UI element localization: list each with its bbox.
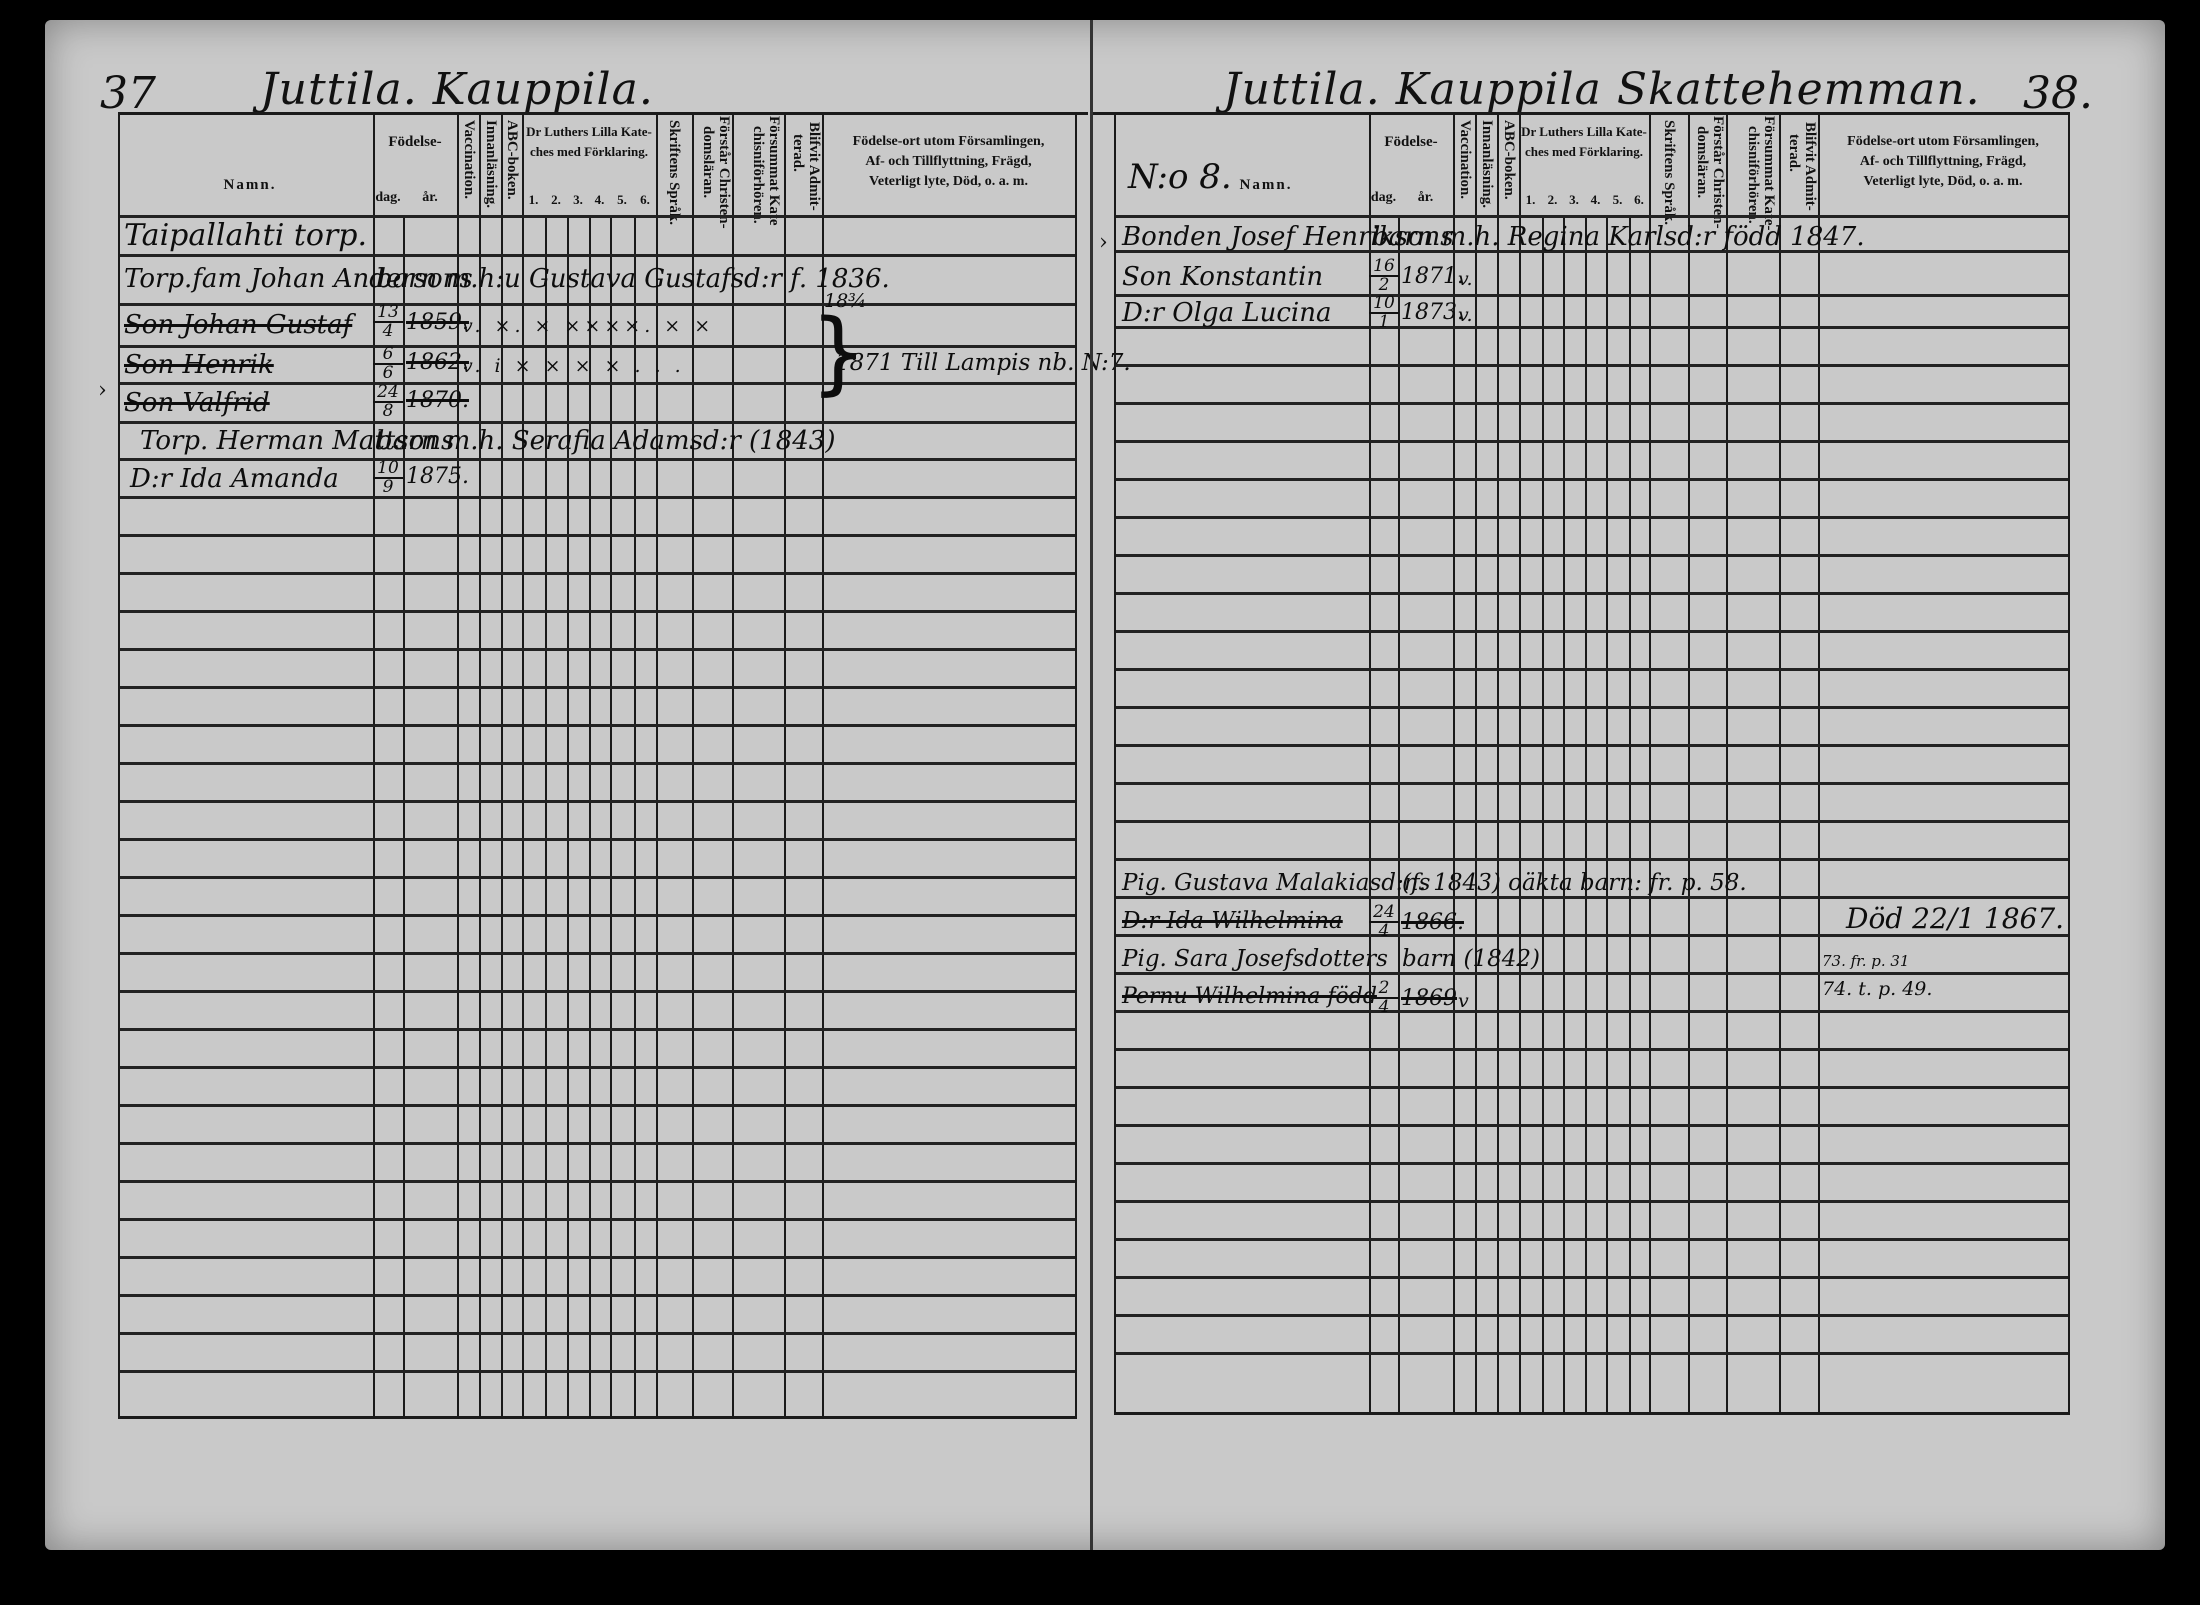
header-remarks-1: Födelse-ort utom Församlingen, [822,134,1075,150]
header-admitted-2: terad. [790,134,805,172]
col-divider [1398,215,1400,1412]
header-abc: ABC-boken. [1501,120,1516,200]
col-divider [1649,112,1651,1412]
header-admitted-1: Blifvit Admit- [1802,122,1817,211]
header-scripture: Skriftens Språk. [666,120,681,225]
header-catechism-1: Dr Luthers Lilla Kate- [1519,124,1649,140]
birth-year: 1866. [1401,910,1464,935]
entry-name: D:r Ida Amanda [130,464,339,494]
header-catechism-2: ches med Förklaring. [1519,144,1649,160]
section-heading: Taipallahti torp. [124,218,367,253]
entry-name: Son Henrik [124,350,274,380]
col-divider [589,215,591,1416]
header-missed-2: chisniförhören. [750,126,765,224]
progress-marks: v. i × × × × . . . [462,355,685,377]
col-divider [1585,215,1587,1412]
birth-day: 66 [373,346,403,382]
move-remark-1: 73. fr. p. 31 [1822,952,1909,970]
header-missed-1: Försummat Kate [766,116,781,226]
entry-name: Pig. Sara Josefsdotters [1122,946,1388,972]
col-divider [403,215,405,1416]
header-scripture: Skriftens Språk. [1661,120,1676,225]
col-divider [1563,215,1565,1412]
entry-name: Son Johan Gustaf [124,310,352,340]
header-christian-2: domsläran. [700,126,715,198]
col-divider [610,215,612,1416]
col-divider [634,215,636,1416]
right-page: Juttila. Kauppila Skattehemman. 38. N:o … [1093,0,2200,1545]
header-remarks-3: Veterligt lyte, Död, o. a. m. [822,174,1075,190]
header-birth: Födelse- [373,134,457,151]
entry-name: Pig. Gustava Malakiasd:ns [1122,870,1430,896]
birth-year: 1862. [406,350,469,375]
header-vaccination: Vaccination. [1457,120,1472,199]
col-divider [545,215,547,1416]
arrow-mark: › [98,378,107,403]
header-cat-6: 6. [1629,192,1649,208]
col-divider [1779,112,1781,1412]
header-catechism-1: Dr Luthers Lilla Kate- [522,124,656,140]
birth-day: 248 [373,384,403,420]
bracket-note: 1871 Till Lampis nb. N:7. [835,350,1131,376]
header-cat-1: 1. [522,192,545,208]
header-reading: Innanläsning. [483,120,498,208]
entry-text: barn m.h. Regina Karlsd:r född 1847. [1372,222,1865,252]
header-christian-2: domsläran. [1694,126,1709,198]
header-name: Namn. [1206,177,1326,194]
header-cat-2: 2. [1542,192,1563,208]
entry-text: barn m.h. Serafia Adamsd:r (1843) [376,426,835,456]
progress-marks: v. ×. × ××××. × × [462,315,714,337]
header-birth-year: år. [1398,190,1453,206]
vaccination-mark: v. [1458,304,1473,326]
entry-name: Pernu Wilhelmina född [1122,984,1377,1009]
header-birth-day: dag. [1369,190,1398,206]
birth-year: 1875. [406,464,469,489]
page-title: Juttila. Kauppila Skattehemman. [1223,64,1981,115]
header-missed-1: Försummat Kate- [1761,116,1776,231]
birth-year: 1859. [406,310,469,335]
col-divider [1629,215,1631,1412]
header-remarks-2: Af- och Tillflyttning, Frägd, [822,154,1075,170]
col-divider [1497,112,1499,1412]
register-table: Namn. Födelse- dag. år. Vaccination. Inn… [118,112,1077,1419]
birth-day: 162 [1369,258,1399,294]
header-remarks-2: Af- och Tillflyttning, Frägd, [1818,154,2068,170]
header-cat-2: 2. [545,192,567,208]
move-remark-2: 74. t. p. 49. [1822,978,1932,1000]
header-cat-5: 5. [1606,192,1629,208]
header-birth-day: dag. [373,190,403,206]
header-catechism-2: ches med Förklaring. [522,144,656,160]
page-title: Juttila. Kauppila. [260,64,654,115]
entry-name: D:r Olga Lucina [1122,298,1331,328]
col-divider [1475,112,1477,1412]
birth-day: 109 [373,460,403,496]
birth-day: 244 [1369,904,1399,940]
col-divider [1542,215,1544,1412]
birth-year: 1869 [1401,986,1457,1011]
header-vaccination: Vaccination. [461,120,476,199]
birth-year: 1871. [1401,264,1464,289]
header-cat-4: 4. [1585,192,1606,208]
header-cat-3: 3. [567,192,589,208]
header-admitted-1: Blifvit Admit- [806,122,821,211]
entry-name: Son Valfrid [124,388,270,418]
header-cat-6: 6. [634,192,656,208]
book-gutter [1090,20,1093,1550]
header-christian-1: Förstår Christen- [716,116,731,229]
left-page: 37 Juttila. Kauppila. Namn. Födelse- dag… [0,0,1092,1545]
col-divider [1519,112,1521,1412]
header-abc: ABC-boken. [504,120,519,200]
col-divider [1688,112,1690,1412]
entry-text: (f. 1843) oäkta barn: fr. p. 58. [1402,870,1747,896]
col-divider [1726,112,1728,1412]
entry-name: D:r Ida Wilhelmina [1122,908,1343,934]
header-admitted-2: terad. [1786,134,1801,172]
header-cat-5: 5. [610,192,634,208]
entry-text: barn (1842) [1402,946,1540,972]
birth-year: 1870. [406,388,469,413]
col-divider [1606,215,1608,1412]
header-cat-1: 1. [1519,192,1542,208]
header-birth-year: år. [403,190,457,206]
register-table: N:o 8. Namn. Födelse- dag. år. Vaccinati… [1114,112,2070,1415]
arrow-mark: › [1099,230,1108,255]
header-reading: Innanläsning. [1479,120,1494,208]
header-name: Namn. [180,177,320,194]
header-cat-4: 4. [589,192,610,208]
header-remarks-1: Födelse-ort utom Församlingen, [1818,134,2068,150]
birth-day: 24 [1369,980,1399,1016]
birth-day: 101 [1369,295,1399,331]
entry-text: barn m.h:u Gustava Gustafsd:r f. 1836. [376,264,890,294]
header-remarks-3: Veterligt lyte, Död, o. a. m. [1818,174,2068,190]
vaccination-mark: v. [1458,268,1473,290]
header-birth: Födelse- [1369,134,1453,151]
header-cat-3: 3. [1563,192,1585,208]
death-remark: Död 22/1 1867. [1846,902,2064,935]
vaccination-mark: v [1458,990,1469,1012]
header-missed-2: chisniförhören. [1745,126,1760,224]
entry-name: Son Konstantin [1122,262,1323,292]
birth-day: 134 [373,304,403,340]
col-divider [567,215,569,1416]
birth-year: 1873. [1401,300,1464,325]
col-divider [1818,112,1820,1412]
header-christian-1: Förstår Christen- [1710,116,1725,229]
